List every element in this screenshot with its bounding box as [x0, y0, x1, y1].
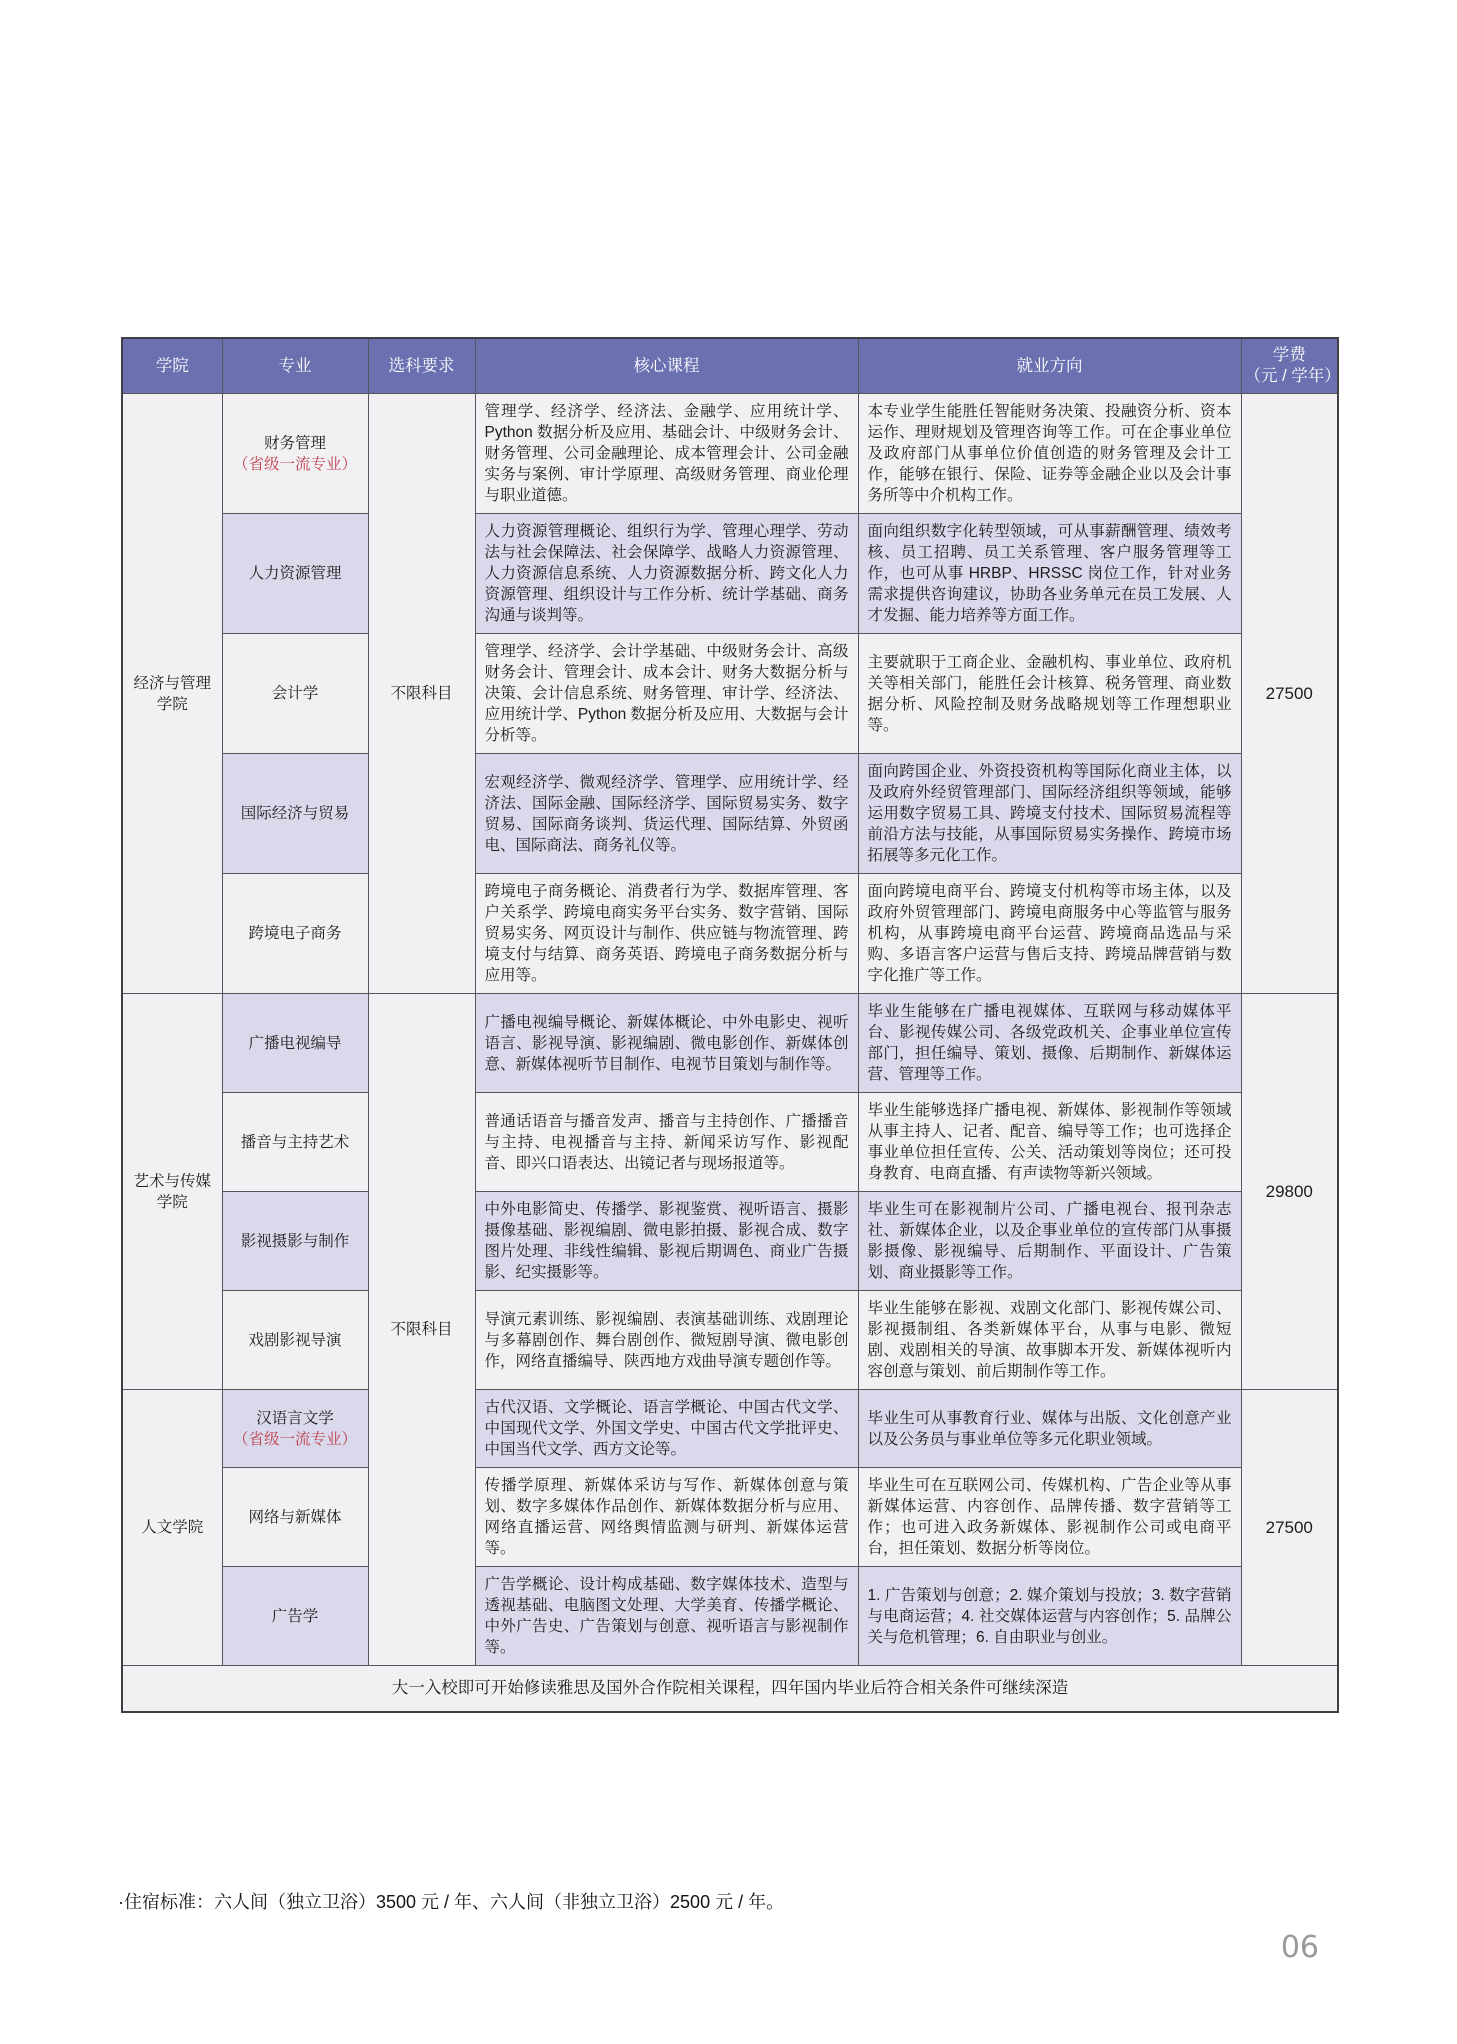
tuition-cell: 29800	[1241, 994, 1338, 1390]
table-row: 影视摄影与制作 中外电影简史、传播学、影视鉴赏、视听语言、摄影摄像基础、影视编剧…	[122, 1192, 1338, 1291]
col-header-major: 专业	[222, 338, 368, 394]
table-row: 播音与主持艺术 普通话语音与播音发声、播音与主持创作、广播播音与主持、电视播音与…	[122, 1093, 1338, 1192]
college-cell-arts-media: 艺术与传媒 学院	[122, 994, 222, 1390]
major-name: 财务管理	[264, 435, 326, 452]
employment-cell: 本专业学生能胜任智能财务决策、投融资分析、资本运作、理财规划及管理咨询等工作。可…	[858, 394, 1241, 514]
employment-cell: 面向跨国企业、外资投资机构等国际化商业主体，以及政府外经贸管理部门、国际经济组织…	[858, 754, 1241, 874]
core-courses-cell: 管理学、经济学、经济法、金融学、应用统计学、Python 数据分析及应用、基础会…	[475, 394, 858, 514]
col-header-college: 学院	[122, 338, 222, 394]
table-row: 网络与新媒体 传播学原理、新媒体采访与写作、新媒体创意与策划、数字多媒体作品创作…	[122, 1468, 1338, 1567]
table-note-row: 大一入校即可开始修读雅思及国外合作院相关课程，四年国内毕业后符合相关条件可继续深…	[122, 1666, 1338, 1713]
major-name: 汉语言文学	[256, 1410, 334, 1427]
table-row: 艺术与传媒 学院 广播电视编导 不限科目 广播电视编导概论、新媒体概论、中外电影…	[122, 994, 1338, 1093]
employment-cell: 面向组织数字化转型领域，可从事薪酬管理、绩效考核、员工招聘、员工关系管理、客户服…	[858, 514, 1241, 634]
housing-standard-note: ·住宿标准：六人间（独立卫浴）3500 元 / 年、六人间（非独立卫浴）2500…	[118, 1888, 784, 1914]
employment-cell: 毕业生能够在广播电视媒体、互联网与移动媒体平台、影视传媒公司、各级党政机关、企事…	[858, 994, 1241, 1093]
table-row: 会计学 管理学、经济学、会计学基础、中级财务会计、高级财务会计、管理会计、成本会…	[122, 634, 1338, 754]
major-cell: 广播电视编导	[222, 994, 368, 1093]
major-cell: 汉语言文学 （省级一流专业）	[222, 1390, 368, 1468]
college-cell-humanities: 人文学院	[122, 1390, 222, 1666]
tuition-cell: 27500	[1241, 394, 1338, 994]
major-cell: 戏剧影视导演	[222, 1291, 368, 1390]
major-highlight-note: （省级一流专业）	[227, 454, 364, 475]
employment-cell: 主要就职于工商企业、金融机构、事业单位、政府机关等相关部门，能胜任会计核算、税务…	[858, 634, 1241, 754]
major-cell: 会计学	[222, 634, 368, 754]
major-cell: 人力资源管理	[222, 514, 368, 634]
major-cell: 影视摄影与制作	[222, 1192, 368, 1291]
table-row: 戏剧影视导演 导演元素训练、影视编剧、表演基础训练、戏剧理论与多幕剧创作、舞台剧…	[122, 1291, 1338, 1390]
table-row: 跨境电子商务 跨境电子商务概论、消费者行为学、数据库管理、客户关系学、跨境电商实…	[122, 874, 1338, 994]
major-cell: 播音与主持艺术	[222, 1093, 368, 1192]
core-courses-cell: 中外电影简史、传播学、影视鉴赏、视听语言、摄影摄像基础、影视编剧、微电影拍摄、影…	[475, 1192, 858, 1291]
col-header-tuition: 学费 （元 / 学年）	[1241, 338, 1338, 394]
major-cell: 跨境电子商务	[222, 874, 368, 994]
core-courses-cell: 管理学、经济学、会计学基础、中级财务会计、高级财务会计、管理会计、成本会计、财务…	[475, 634, 858, 754]
col-header-employment: 就业方向	[858, 338, 1241, 394]
major-cell: 财务管理 （省级一流专业）	[222, 394, 368, 514]
major-cell: 广告学	[222, 1567, 368, 1666]
table-header-row: 学院 专业 选科要求 核心课程 就业方向 学费 （元 / 学年）	[122, 338, 1338, 394]
core-courses-cell: 广告学概论、设计构成基础、数字媒体技术、造型与透视基础、电脑图文处理、大学美育、…	[475, 1567, 858, 1666]
majors-table: 学院 专业 选科要求 核心课程 就业方向 学费 （元 / 学年） 经济与管理 学…	[121, 337, 1339, 1713]
table-row: 广告学 广告学概论、设计构成基础、数字媒体技术、造型与透视基础、电脑图文处理、大…	[122, 1567, 1338, 1666]
page-number: 06	[1281, 1930, 1319, 1965]
note-cell: 大一入校即可开始修读雅思及国外合作院相关课程，四年国内毕业后符合相关条件可继续深…	[122, 1666, 1338, 1713]
table-row: 经济与管理 学院 财务管理 （省级一流专业） 不限科目 管理学、经济学、经济法、…	[122, 394, 1338, 514]
core-courses-cell: 广播电视编导概论、新媒体概论、中外电影史、视听语言、影视导演、影视编剧、微电影创…	[475, 994, 858, 1093]
subject-requirement-cell: 不限科目	[368, 994, 475, 1666]
core-courses-cell: 人力资源管理概论、组织行为学、管理心理学、劳动法与社会保障法、社会保障学、战略人…	[475, 514, 858, 634]
major-cell: 国际经济与贸易	[222, 754, 368, 874]
employment-cell: 1. 广告策划与创意；2. 媒介策划与投放；3. 数字营销与电商运营；4. 社交…	[858, 1567, 1241, 1666]
employment-cell: 毕业生能够选择广播电视、新媒体、影视制作等领域从事主持人、记者、配音、编导等工作…	[858, 1093, 1241, 1192]
core-courses-cell: 普通话语音与播音发声、播音与主持创作、广播播音与主持、电视播音与主持、新闻采访写…	[475, 1093, 858, 1192]
core-courses-cell: 跨境电子商务概论、消费者行为学、数据库管理、客户关系学、跨境电商实务平台实务、数…	[475, 874, 858, 994]
core-courses-cell: 宏观经济学、微观经济学、管理学、应用统计学、经济法、国际金融、国际经济学、国际贸…	[475, 754, 858, 874]
subject-requirement-cell: 不限科目	[368, 394, 475, 994]
employment-cell: 毕业生可从事教育行业、媒体与出版、文化创意产业以及公务员与事业单位等多元化职业领…	[858, 1390, 1241, 1468]
table-row: 人力资源管理 人力资源管理概论、组织行为学、管理心理学、劳动法与社会保障法、社会…	[122, 514, 1338, 634]
document-page: 学院 专业 选科要求 核心课程 就业方向 学费 （元 / 学年） 经济与管理 学…	[0, 0, 1457, 2044]
college-cell-economics: 经济与管理 学院	[122, 394, 222, 994]
employment-cell: 面向跨境电商平台、跨境支付机构等市场主体，以及政府外贸管理部门、跨境电商服务中心…	[858, 874, 1241, 994]
core-courses-cell: 古代汉语、文学概论、语言学概论、中国古代文学、中国现代文学、外国文学史、中国古代…	[475, 1390, 858, 1468]
major-cell: 网络与新媒体	[222, 1468, 368, 1567]
core-courses-cell: 导演元素训练、影视编剧、表演基础训练、戏剧理论与多幕剧创作、舞台剧创作、微短剧导…	[475, 1291, 858, 1390]
tuition-cell: 27500	[1241, 1390, 1338, 1666]
employment-cell: 毕业生能够在影视、戏剧文化部门、影视传媒公司、影视摄制组、各类新媒体平台，从事与…	[858, 1291, 1241, 1390]
table-row: 国际经济与贸易 宏观经济学、微观经济学、管理学、应用统计学、经济法、国际金融、国…	[122, 754, 1338, 874]
col-header-subject-requirement: 选科要求	[368, 338, 475, 394]
employment-cell: 毕业生可在影视制片公司、广播电视台、报刊杂志社、新媒体企业，以及企事业单位的宣传…	[858, 1192, 1241, 1291]
col-header-core-courses: 核心课程	[475, 338, 858, 394]
employment-cell: 毕业生可在互联网公司、传媒机构、广告企业等从事新媒体运营、内容创作、品牌传播、数…	[858, 1468, 1241, 1567]
major-highlight-note: （省级一流专业）	[227, 1429, 364, 1450]
table-row: 人文学院 汉语言文学 （省级一流专业） 古代汉语、文学概论、语言学概论、中国古代…	[122, 1390, 1338, 1468]
core-courses-cell: 传播学原理、新媒体采访与写作、新媒体创意与策划、数字多媒体作品创作、新媒体数据分…	[475, 1468, 858, 1567]
